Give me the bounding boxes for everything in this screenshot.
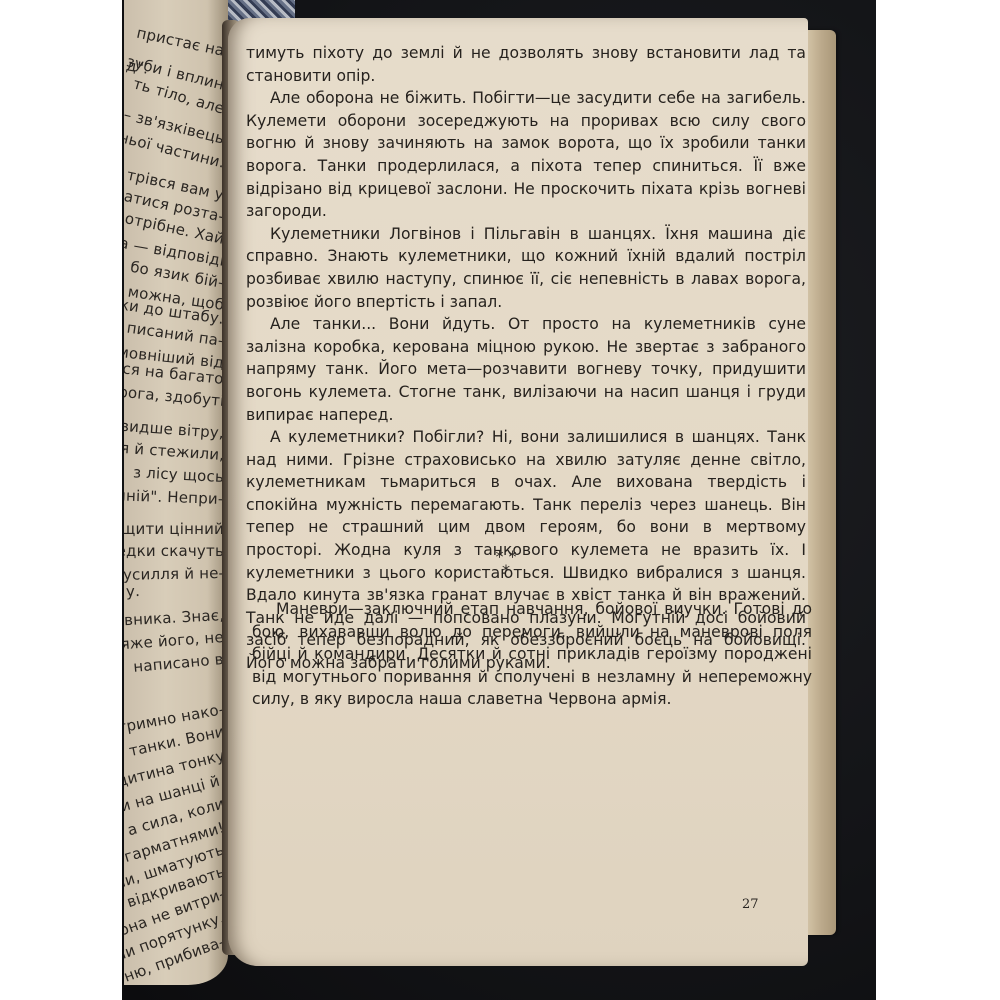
left-page: пристає над".зуби і вплинть тіло, але– з…: [124, 0, 228, 985]
paragraph: Кулеметники Логвінов і Пільгавін в шанця…: [246, 223, 806, 313]
page-number: 27: [742, 897, 759, 912]
left-page-text-fragment: я й стежили,: [124, 439, 225, 464]
left-page-text-fragment: усилля й не-: [124, 564, 224, 584]
left-page-text-fragment: швидше вітру,: [124, 416, 225, 442]
section-separator: * * *: [466, 552, 546, 576]
paragraph: Але оборона не біжить. Побігти—це засуди…: [246, 87, 806, 223]
right-page-text-after: Маневри—заключний етап навчання, бойової…: [252, 598, 812, 711]
paragraph: тимуть піхоту до землі й не дозволять зн…: [246, 42, 806, 87]
separator-star-bottom: *: [466, 566, 546, 576]
paragraph: Але танки... Вони йдуть. От просто на ку…: [246, 313, 806, 426]
left-page-text-fragment: у.: [126, 582, 141, 600]
left-page-text-fragment: рога, здобуті: [124, 383, 225, 410]
left-page-text-fragment: ивника. Знає,: [124, 606, 224, 630]
left-page-text-fragment: з лісу щось: [133, 463, 225, 486]
left-page-text-fragment: иній". Непри-: [124, 486, 224, 508]
left-page-text-fragment: едки скачуть: [124, 542, 224, 560]
right-page-text: тимуть піхоту до землі й не дозволять зн…: [246, 42, 806, 675]
paragraph: Маневри—заключний етап навчання, бойової…: [252, 598, 812, 711]
left-page-text-fragment: Тяже його, не: [124, 628, 225, 654]
left-page-text-fragment: написано в: [133, 650, 225, 676]
left-page-text-fragment: щити цінний: [124, 520, 224, 538]
left-page-text-fragment: пристає на: [135, 24, 226, 60]
